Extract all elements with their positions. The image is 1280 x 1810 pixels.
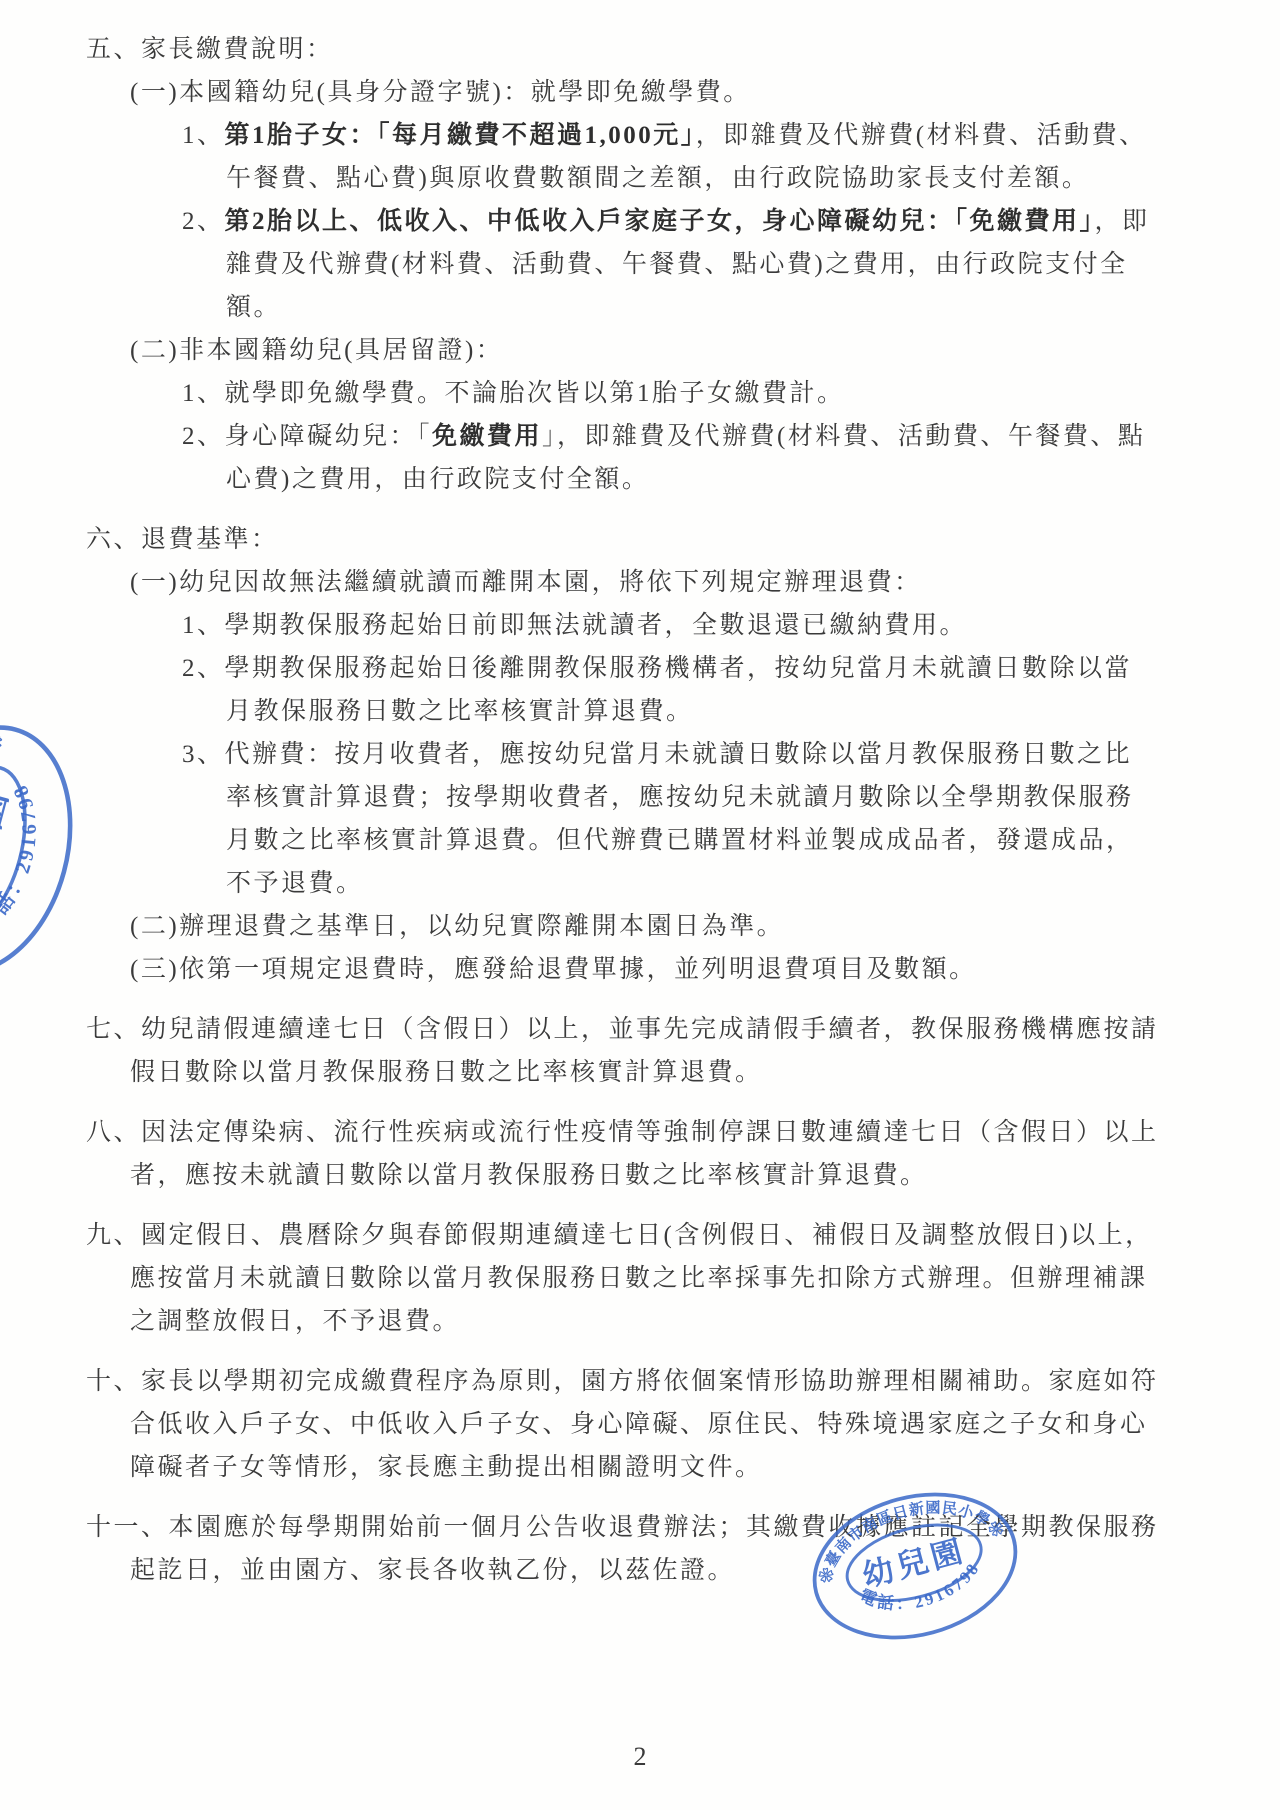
emphasis-text: 第1胎子女：「每月繳費不超過1,000元」: [225, 122, 696, 149]
body-text: 雜費及代辦費(材料費、活動費、午餐費、點心費)之費用，由行政院支付全: [226, 251, 1128, 278]
doc-line: 午餐費、點心費)與原收費數額間之差額，由行政院協助家長支付差額。: [0, 157, 1280, 200]
document-body: 五、家長繳費說明：(一)本國籍幼兒(具身分證字號)：就學即免繳學費。1、第1胎子…: [0, 0, 1280, 1592]
doc-line: 者，應按未就讀日數除以當月教保服務日數之比率核實計算退費。: [0, 1154, 1280, 1197]
body-text: ，即: [1095, 208, 1150, 235]
body-text: (一)本國籍幼兒(具身分證字號)：就學即免繳學費。: [130, 79, 751, 106]
doc-line: 月數之比率核實計算退費。但代辦費已購置材料並製成成品者，發還成品，: [0, 819, 1280, 862]
doc-line: 之調整放假日，不予退費。: [0, 1300, 1280, 1343]
body-text: (二)非本國籍幼兒(具居留證)：: [130, 337, 503, 364]
body-text: 應按當月未就讀日數除以當月教保服務日數之比率採事先扣除方式辦理。但辦理補課: [130, 1265, 1148, 1292]
body-text: 1、就學即免繳學費。不論胎次皆以第1胎子女繳費計。: [182, 380, 845, 407]
scanned-document-page: 五、家長繳費說明：(一)本國籍幼兒(具身分證字號)：就學即免繳學費。1、第1胎子…: [0, 0, 1280, 1810]
doc-line: 額。: [0, 286, 1280, 329]
doc-line: 十、家長以學期初完成繳費程序為原則，園方將依個案情形協助辦理相關補助。家庭如符: [0, 1360, 1280, 1403]
doc-line: 起訖日，並由園方、家長各收執乙份，以茲佐證。: [0, 1549, 1280, 1592]
body-text: 不予退費。: [226, 870, 364, 897]
body-text: 3、代辦費：按月收費者，應按幼兒當月未就讀日數除以當月教保服務日數之比: [182, 741, 1132, 768]
doc-line: (一)幼兒因故無法繼續就讀而離開本園，將依下列規定辦理退費：: [0, 561, 1280, 604]
body-text: 2、學期教保服務起始日後離開教保服務機構者，按幼兒當月未就讀日數除以當: [182, 655, 1132, 682]
body-text: 2、身心障礙幼兒：「: [182, 423, 432, 450]
doc-line: 應按當月未就讀日數除以當月教保服務日數之比率採事先扣除方式辦理。但辦理補課: [0, 1257, 1280, 1300]
body-text: 1、學期教保服務起始日前即無法就讀者，全數退還已繳納費用。: [182, 612, 967, 639]
body-text: 起訖日，並由園方、家長各收執乙份，以茲佐證。: [130, 1557, 735, 1584]
doc-line: 八、因法定傳染病、流行性疾病或流行性疫情等強制停課日數連續達七日（含假日）以上: [0, 1111, 1280, 1154]
page-number: 2: [0, 1742, 1280, 1772]
body-text: 額。: [226, 294, 281, 321]
body-text: 者，應按未就讀日數除以當月教保服務日數之比率核實計算退費。: [130, 1162, 928, 1189]
doc-line: 七、幼兒請假連續達七日（含假日）以上，並事先完成請假手續者，教保服務機構應按請: [0, 1008, 1280, 1051]
body-text: 五、家長繳費說明：: [86, 36, 334, 63]
doc-line: 1、第1胎子女：「每月繳費不超過1,000元」，即雜費及代辦費(材料費、活動費、: [0, 114, 1280, 157]
body-text: 六、退費基準：: [86, 526, 279, 553]
body-text: 七、幼兒請假連續達七日（含假日）以上，並事先完成請假手續者，教保服務機構應按請: [86, 1016, 1159, 1043]
body-text: 八、因法定傳染病、流行性疾病或流行性疫情等強制停課日數連續達七日（含假日）以上: [86, 1119, 1159, 1146]
body-text: (二)辦理退費之基準日，以幼兒實際離開本園日為準。: [130, 913, 784, 940]
body-text: 心費)之費用，由行政院支付全額。: [226, 466, 649, 493]
body-text: 午餐費、點心費)與原收費數額間之差額，由行政院協助家長支付差額。: [226, 165, 1089, 192]
emphasis-text: 第2胎以上、低收入、中低收入戶家庭子女，身心障礙幼兒：「免繳費用」: [225, 208, 1095, 235]
body-text: 率核實計算退費；按學期收費者，應按幼兒未就讀月數除以全學期教保服務: [226, 784, 1134, 811]
doc-line: 障礙者子女等情形，家長應主動提出相關證明文件。: [0, 1446, 1280, 1489]
doc-line: 十一、本園應於每學期開始前一個月公告收退費辦法；其繳費收據應註記全學期教保服務: [0, 1506, 1280, 1549]
emphasis-text: 免繳費用: [432, 423, 542, 450]
doc-line: (二)非本國籍幼兒(具居留證)：: [0, 329, 1280, 372]
body-text: 九、國定假日、農曆除夕與春節假期連續達七日(含例假日、補假日及調整放假日)以上，: [86, 1222, 1153, 1249]
body-text: 十一、本園應於每學期開始前一個月公告收退費辦法；其繳費收據應註記全學期教保服務: [86, 1514, 1159, 1541]
doc-line: 率核實計算退費；按學期收費者，應按幼兒未就讀月數除以全學期教保服務: [0, 776, 1280, 819]
doc-line: 2、第2胎以上、低收入、中低收入戶家庭子女，身心障礙幼兒：「免繳費用」，即: [0, 200, 1280, 243]
doc-line: 1、學期教保服務起始日前即無法就讀者，全數退還已繳納費用。: [0, 604, 1280, 647]
body-text: (三)依第一項規定退費時，應發給退費單據，並列明退費項目及數額。: [130, 956, 977, 983]
body-text: 1、: [182, 122, 225, 149]
body-text: 月教保服務日數之比率核實計算退費。: [226, 698, 694, 725]
doc-line: 不予退費。: [0, 862, 1280, 905]
doc-line: 假日數除以當月教保服務日數之比率核實計算退費。: [0, 1051, 1280, 1094]
doc-line: 1、就學即免繳學費。不論胎次皆以第1胎子女繳費計。: [0, 372, 1280, 415]
body-text: 月數之比率核實計算退費。但代辦費已購置材料並製成成品者，發還成品，: [226, 827, 1134, 854]
doc-line: 心費)之費用，由行政院支付全額。: [0, 458, 1280, 501]
doc-line: 3、代辦費：按月收費者，應按幼兒當月未就讀日數除以當月教保服務日數之比: [0, 733, 1280, 776]
doc-line: 合低收入戶子女、中低收入戶子女、身心障礙、原住民、特殊境遇家庭之子女和身心: [0, 1403, 1280, 1446]
doc-line: 九、國定假日、農曆除夕與春節假期連續達七日(含例假日、補假日及調整放假日)以上，: [0, 1214, 1280, 1257]
doc-line: (三)依第一項規定退費時，應發給退費單據，並列明退費項目及數額。: [0, 948, 1280, 991]
doc-line: 六、退費基準：: [0, 518, 1280, 561]
body-text: 假日數除以當月教保服務日數之比率核實計算退費。: [130, 1059, 763, 1086]
doc-line: 月教保服務日數之比率核實計算退費。: [0, 690, 1280, 733]
doc-line: 雜費及代辦費(材料費、活動費、午餐費、點心費)之費用，由行政院支付全: [0, 243, 1280, 286]
doc-line: (一)本國籍幼兒(具身分證字號)：就學即免繳學費。: [0, 71, 1280, 114]
doc-line: 2、學期教保服務起始日後離開教保服務機構者，按幼兒當月未就讀日數除以當: [0, 647, 1280, 690]
body-text: 」，即雜費及代辦費(材料費、活動費、午餐費、點: [542, 423, 1145, 450]
doc-line: 2、身心障礙幼兒：「免繳費用」，即雜費及代辦費(材料費、活動費、午餐費、點: [0, 415, 1280, 458]
doc-line: (二)辦理退費之基準日，以幼兒實際離開本園日為準。: [0, 905, 1280, 948]
body-text: 2、: [182, 208, 225, 235]
doc-line: 五、家長繳費說明：: [0, 28, 1280, 71]
body-text: 合低收入戶子女、中低收入戶子女、身心障礙、原住民、特殊境遇家庭之子女和身心: [130, 1411, 1148, 1438]
body-text: ，即雜費及代辦費(材料費、活動費、: [696, 122, 1147, 149]
body-text: 障礙者子女等情形，家長應主動提出相關證明文件。: [130, 1454, 763, 1481]
body-text: 十、家長以學期初完成繳費程序為原則，園方將依個案情形協助辦理相關補助。家庭如符: [86, 1368, 1159, 1395]
body-text: 之調整放假日，不予退費。: [130, 1308, 460, 1335]
body-text: (一)幼兒因故無法繼續就讀而離開本園，將依下列規定辦理退費：: [130, 569, 922, 596]
